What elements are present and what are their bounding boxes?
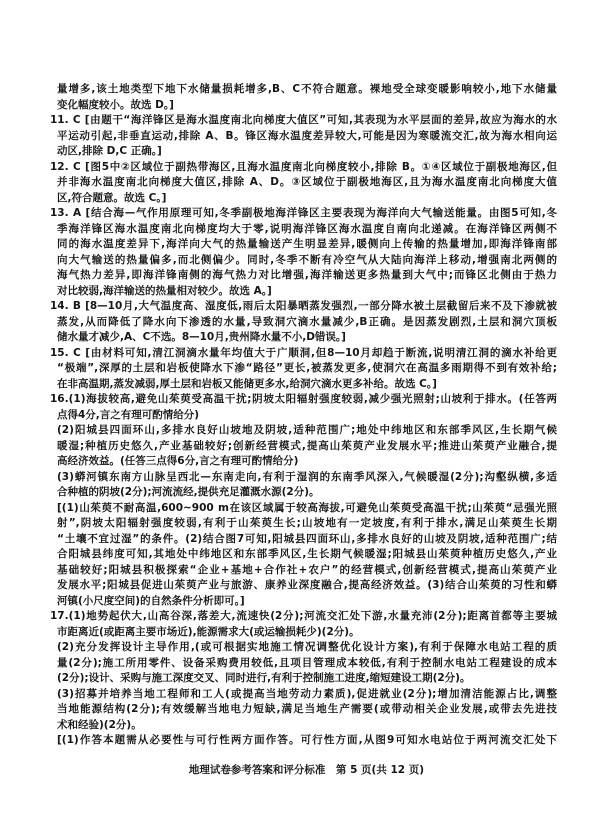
answer-item-first-line: 14. B [8—10月,大气温度高、湿度低,雨后太阳暴晒蒸发强烈,一部分降水被… <box>57 299 557 315</box>
answer-item-first-line: 13. A [结合海—气作用原理可知,冬季副极地海洋锋区主要表现为海洋向大气输送… <box>57 206 557 222</box>
answer-text-line: (2)阳城县四面环山,多排水良好山坡地及阴坡,适种范围广;地处中纬地区和东部季风… <box>57 423 557 439</box>
answer-text-line: 向大气输送的热量偏多,而北侧偏少。同时,冬季不断有冷空气从大陆向海洋上移动,增强… <box>57 253 557 269</box>
answer-text-line: 基础较好;阳城县积极探索“企业+基地+合作社+农户”的经营模式,创新经营模式,提… <box>57 563 557 579</box>
answer-text-line: 术和经验)(2分)。 <box>57 718 557 734</box>
answer-text-line: 河镇(小尺度空间)的自然条件分析即可。] <box>57 594 557 610</box>
answer-item-first-line: 11. C [由题干“海洋锋区是海水温度南北向梯度大值区”可知,其表现为水平层面… <box>57 113 557 129</box>
answer-text-line: “土壤不宜过湿”的条件。(2)结合图7可知,阳城县四面环山,多排水良好的山坡及阴… <box>57 532 557 548</box>
answer-item-first-line: 12. C [图5中②区域位于副热带海区,且海水温度南北向梯度较小,排除 B。①… <box>57 160 557 176</box>
answer-item-first-line: 17.(1)地势起伏大,山高谷深,落差大,流速快(2分);河流交汇处下游,水量充… <box>57 609 557 625</box>
answer-text-line: (2分);设计、采购与施工深度交叉、同时进行,有利于控制施工进度,缩短建设工期(… <box>57 671 557 687</box>
answer-text-line: 海气热力差异,即海洋锋南侧的海气热力对比增强,海洋输送更多热量到大气中;而锋区北… <box>57 268 557 284</box>
answer-text-line: (2)充分发挥设计主导作用,(或可根据实地施工情况调整优化设计方案),有利于保障… <box>57 640 557 656</box>
answer-text-line: 在非高温期,蒸发减弱,厚土层和岩板又能储更多水,给洞穴滴水更多补给。故选 C。] <box>57 377 557 393</box>
answer-text-line: (3)招募并培养当地工程师和工人(或提高当地劳动力素质),促进就业(2分);增加… <box>57 687 557 703</box>
answer-text-line: 高经济效益。(任答三点得6分,言之有理可酌情给分) <box>57 454 557 470</box>
answer-text-block: 量增多,该土地类型下地下水储量损耗增多,B、C不符合题意。裸地受全球变暖影响较小… <box>57 82 557 749</box>
answer-text-line: 区,符合题意。故选 C。] <box>57 191 557 207</box>
answer-text-line: 季海洋锋区海水温度南北向梯度均大于零,说明海洋锋区海水温度自南向北递减。在海洋锋… <box>57 222 557 238</box>
answer-text-line: 动区,排除 D,C 正确。] <box>57 144 557 160</box>
answer-text-line: 点得4分,言之有理可酌情给分) <box>57 408 557 424</box>
answer-text-line: [(1)山茱萸不耐高温,600~900 m在该区域属于较高海拔,可避免山茱萸受高… <box>57 501 557 517</box>
answer-text-line: 市距离近(或距离主要市场近),能源需求大(或运输损耗少)(2分)。 <box>57 625 557 641</box>
answer-text-line: 合阳城县纬度可知,其地处中纬地区和东部季风区,生长期气候暖湿;阳城县山茱萸种植历… <box>57 547 557 563</box>
answer-item-first-line: 16.(1)海拔较高,避免山茱萸受高温干扰;阴坡太阳辐射强度较弱,减少强光照射;… <box>57 392 557 408</box>
answer-text-line: 储水量才减少,A、C不选。8—10月,贵州降水量不小,D错误。] <box>57 330 557 346</box>
answer-key-page: 量增多,该土地类型下地下水储量损耗增多,B、C不符合题意。裸地受全球变暖影响较小… <box>0 0 613 825</box>
answer-item-first-line: 15. C [由材料可知,清江洞滴水量年均值大于广顺洞,但8—10月却趋于断流,… <box>57 346 557 362</box>
answer-text-line: 合种植的阴坡(2分);河流流经,提供充足灌溉水源(2分)。 <box>57 485 557 501</box>
answer-text-line: 变化幅度较小。故选 D。] <box>57 98 557 114</box>
answer-text-line: 当地能源结构(2分);有效缓解当地电力短缺,满足当地生产需要(或带动相关企业发展… <box>57 702 557 718</box>
answer-text-line: 射”,阴坡太阳辐射强度较弱,有利于山茱萸生长;山坡地有一定坡度,有利于排水,满足… <box>57 516 557 532</box>
answer-text-line: 暖湿;种植历史悠久,产业基础较好;创新经营模式,提高山茱萸产业发展水平;推进山茱… <box>57 439 557 455</box>
answer-text-line: 平运动引起,非垂直运动,排除 A、B。锋区海水温度差异较大,可能是因为寒暖流交汇… <box>57 129 557 145</box>
answer-text-line: 量增多,该土地类型下地下水储量损耗增多,B、C不符合题意。裸地受全球变暖影响较小… <box>57 82 557 98</box>
page-footer: 地理试卷参考答案和评分标准 第 5 页(共 12 页) <box>0 763 613 778</box>
answer-text-line: 蒸发,从而降低了降水向下渗透的水量,导致洞穴滴水量减少,B正确。是因蒸发剧烈,土… <box>57 315 557 331</box>
answer-text-line: [(1)作答本题需从必要性与可行性两方面作答。可行性方面,从图9可知水电站位于两… <box>57 733 557 749</box>
answer-text-line: 并非海水温度南北向梯度大值区,排除 A、D。③区域位于副极地海区,且为海水温度南… <box>57 175 557 191</box>
answer-text-line: 发展水平;阳城县促进山茱萸产业与旅游、康养业深度融合,提高经济效益。(3)结合山… <box>57 578 557 594</box>
answer-text-line: 量(2分);施工所用零件、设备采购费用较低,且项目管理成本较低,有利于控制水电站… <box>57 656 557 672</box>
answer-text-line: 同的海水温度差异下,海洋向大气的热量输送产生明显差异,暖侧向上传输的热量增加,即… <box>57 237 557 253</box>
answer-text-line: (3)蟒河镇东南方山脉呈西北—东南走向,有利于湿润的东南季风深入,气候暖湿(2分… <box>57 470 557 486</box>
answer-text-line: “极端”,深厚的土层和岩板使降水下渗“路径”更长,被蒸发更多,使洞穴在高温多雨期… <box>57 361 557 377</box>
answer-text-line: 对比较弱,海洋输送的热量相对较少。故选 A。] <box>57 284 557 300</box>
